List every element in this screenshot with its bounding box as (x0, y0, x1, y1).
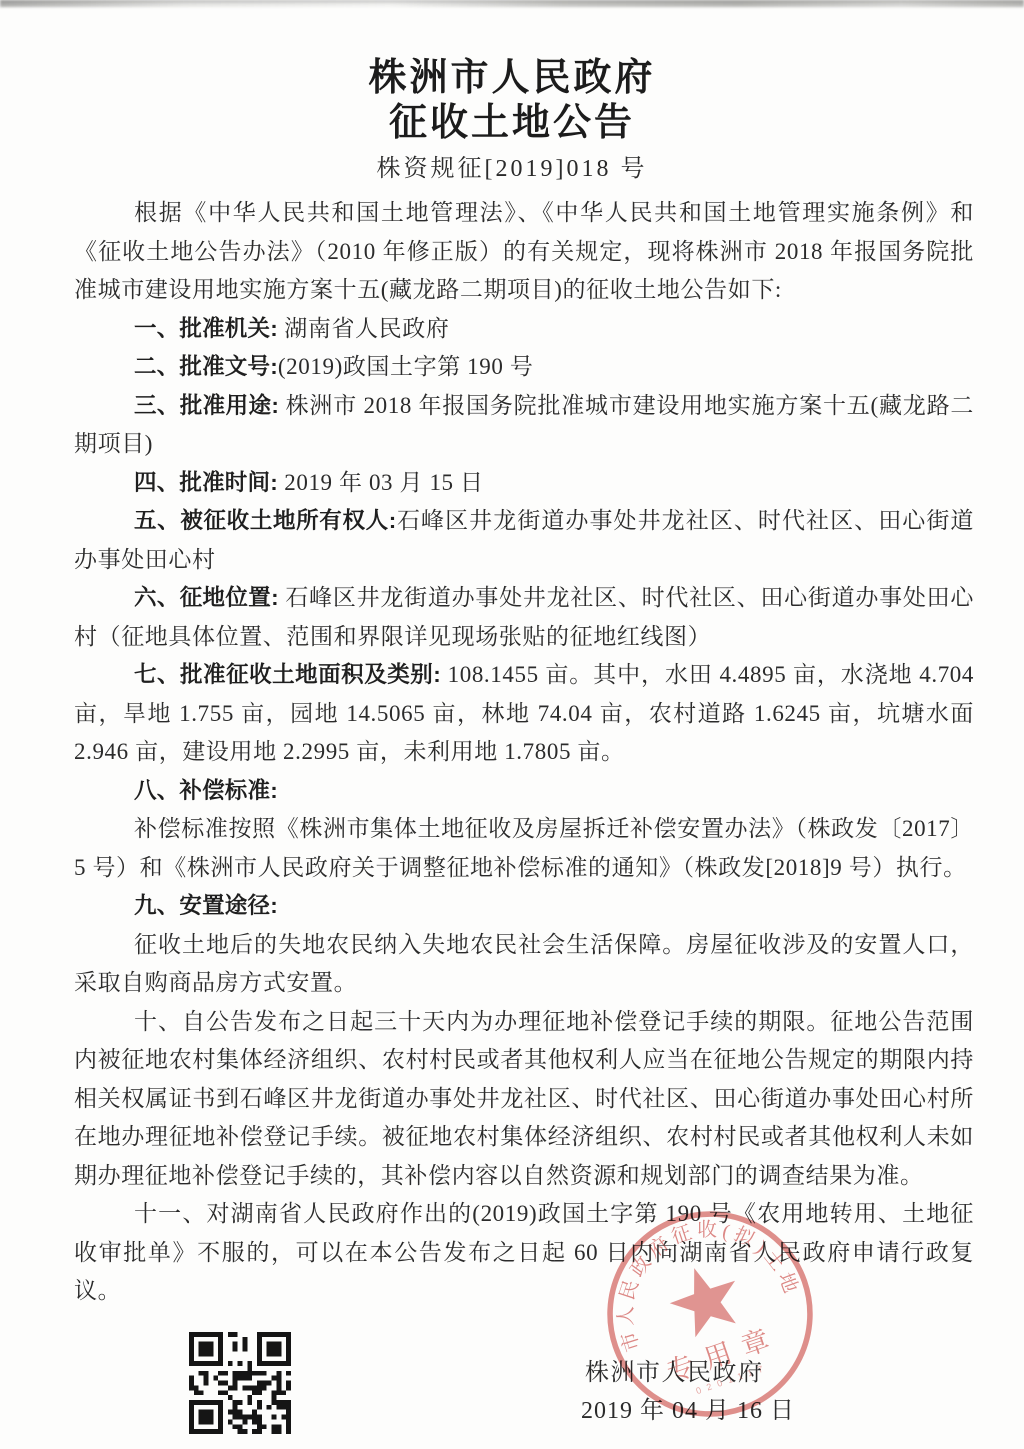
paragraph: 五、被征收土地所有权人:石峰区井龙街道办事处井龙社区、时代社区、田心街道办事处田… (74, 502, 974, 579)
paragraph: 根据《中华人民共和国土地管理法》、《中华人民共和国土地管理实施条例》和《征收土地… (74, 194, 974, 310)
signature-name: 株洲市人民政府 (585, 1352, 764, 1387)
document-body: 根据《中华人民共和国土地管理法》、《中华人民共和国土地管理实施条例》和《征收土地… (74, 194, 974, 1311)
document-title-line2: 征收土地公告 (0, 101, 1024, 146)
paragraph: 十、自公告发布之日起三十天内为办理征地补偿登记手续的期限。征地公告范围内被征地农… (74, 1003, 974, 1196)
paragraph: 一、批准机关: 湖南省人民政府 (74, 310, 974, 349)
paragraph: 四、批准时间: 2019 年 03 月 15 日 (74, 464, 974, 503)
paragraph: 征收土地后的失地农民纳入失地农民社会生活保障。房屋征收涉及的安置人口，采取自购商… (74, 926, 974, 1003)
document-header: 株洲市人民政府 征收土地公告 株资规征[2019]018 号 (0, 0, 1024, 184)
document-number: 株资规征[2019]018 号 (0, 154, 1024, 184)
document-title-line1: 株洲市人民政府 (0, 56, 1024, 101)
paragraph: 补偿标准按照《株洲市集体土地征收及房屋拆迁补偿安置办法》（株政发〔2017〕5 … (74, 810, 974, 887)
paragraph: 十一、对湖南省人民政府作出的(2019)政国土字第 190 号《农用地转用、土地… (74, 1195, 974, 1311)
paragraph: 三、批准用途: 株洲市 2018 年报国务院批准城市建设用地实施方案十五(藏龙路… (74, 387, 974, 464)
paragraph: 六、征地位置: 石峰区井龙街道办事处井龙社区、时代社区、田心街道办事处田心村（征… (74, 579, 974, 656)
paragraph: 七、批准征收土地面积及类别: 108.1455 亩。其中，水田 4.4895 亩… (74, 656, 974, 772)
signature-date: 2019 年 04 月 16 日 (581, 1390, 795, 1425)
document-page: 株洲市人民政府 征收土地公告 株资规征[2019]018 号 根据《中华人民共和… (0, 0, 1024, 1449)
paragraph: 二、批准文号:(2019)政国土字第 190 号 (74, 348, 974, 387)
paragraph: 九、安置途径: (74, 887, 974, 926)
qr-code (189, 1332, 291, 1434)
paragraph: 八、补偿标准: (74, 772, 974, 811)
